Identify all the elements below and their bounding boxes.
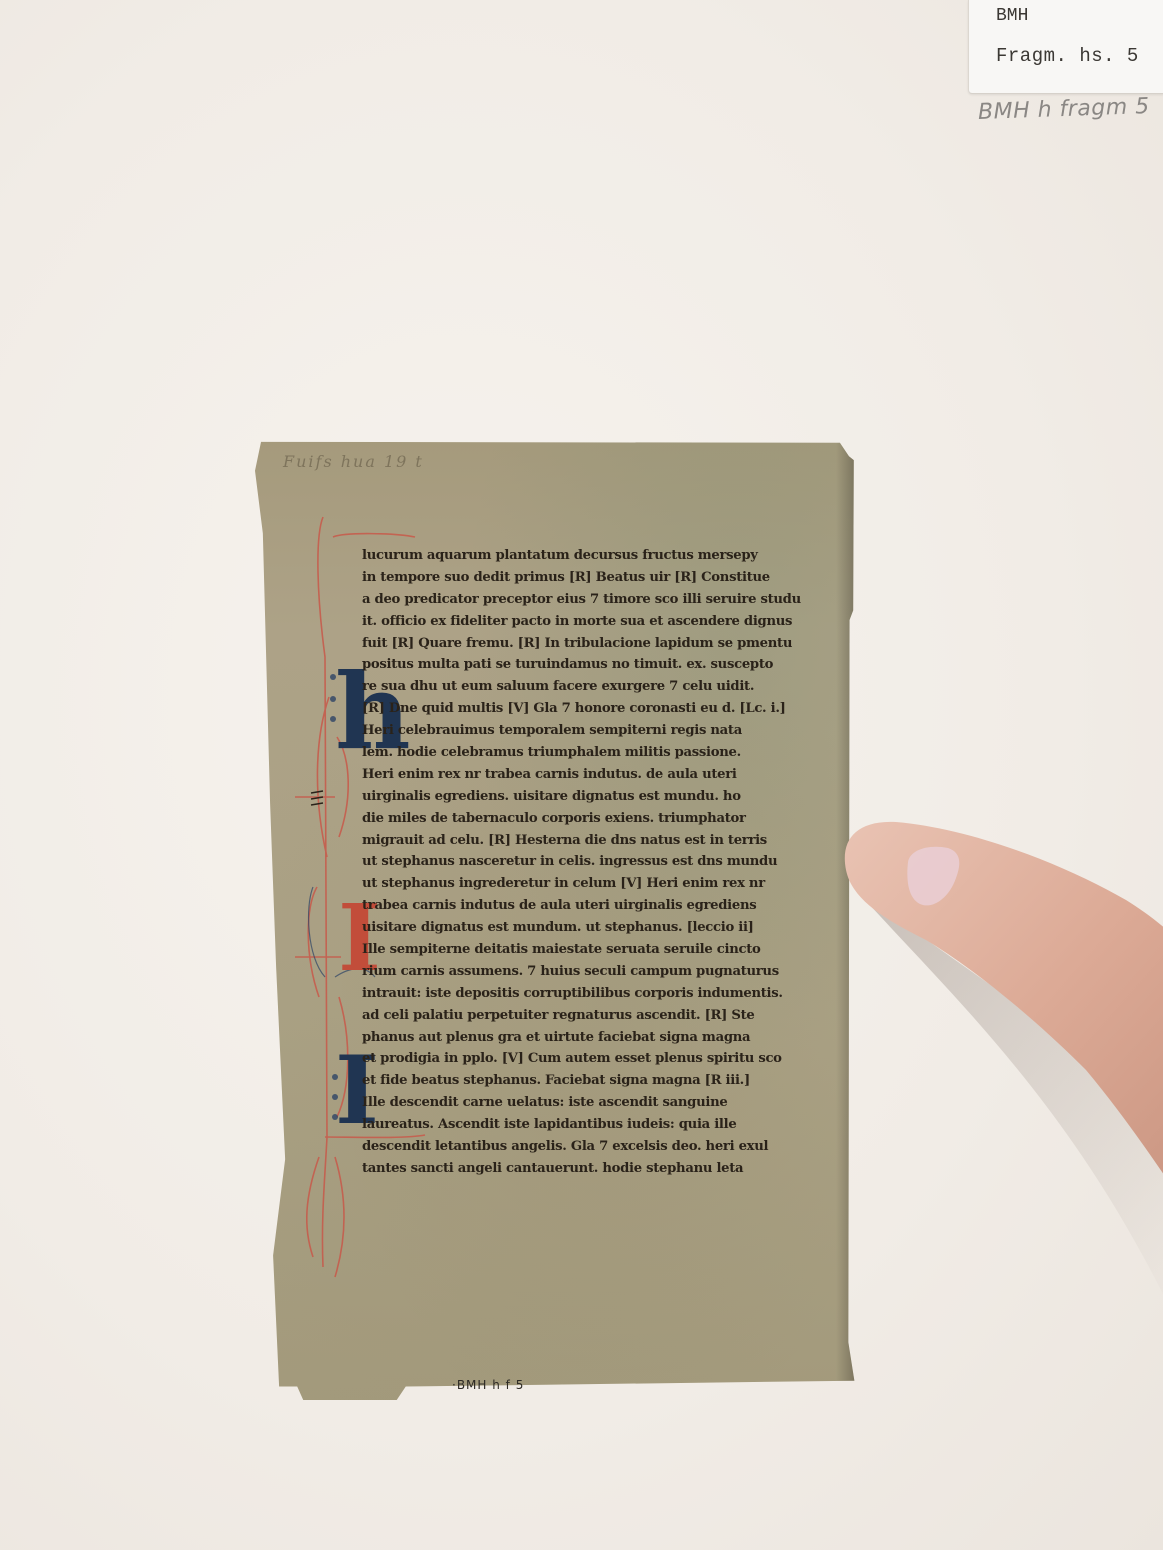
- label-shelfmark: Fragm. hs. 5: [996, 45, 1139, 67]
- text-line: laureatus. Ascendit iste lapidantibus iu…: [362, 1114, 807, 1136]
- text-line: Heri enim rex nr trabea carnis indutus. …: [362, 764, 807, 786]
- finger-holding-fragment: [836, 800, 1163, 1300]
- text-line: positus multa pati se turuindamus no tim…: [362, 654, 807, 676]
- text-line: uirginalis egrediens. uisitare dignatus …: [362, 786, 807, 808]
- text-line: rium carnis assumens. 7 huius seculi cam…: [362, 961, 807, 983]
- text-line: a deo predicator preceptor eius 7 timore…: [362, 589, 807, 611]
- text-line: re sua dhu ut eum saluum facere exurgere…: [362, 676, 807, 698]
- text-line: Ille descendit carne uelatus: iste ascen…: [362, 1092, 807, 1114]
- text-line: migrauit ad celu. [R] Hesterna die dns n…: [362, 830, 807, 852]
- text-line: et fide beatus stephanus. Faciebat signa…: [362, 1070, 807, 1092]
- text-line: tantes sancti angeli cantauerunt. hodie …: [362, 1158, 807, 1180]
- pencil-note-top: Fuifs hua 19 t: [283, 452, 424, 471]
- text-line: et prodigia in pplo. [V] Cum autem esset…: [362, 1048, 807, 1070]
- manuscript-text-column: lucurum aquarum plantatum decursus fruct…: [362, 545, 807, 1180]
- text-line: lem. hodie celebramus triumphalem militi…: [362, 742, 807, 764]
- text-line: uisitare dignatus est mundum. ut stephan…: [362, 917, 807, 939]
- text-line: ut stephanus nasceretur in celis. ingres…: [362, 851, 807, 873]
- shelfmark-bottom-ink: ·BMH h f 5: [452, 1378, 524, 1392]
- text-line: phanus aut plenus gra et uirtute facieba…: [362, 1027, 807, 1049]
- text-line: lucurum aquarum plantatum decursus fruct…: [362, 545, 807, 567]
- label-collection: BMH: [996, 6, 1028, 26]
- text-line: Ille sempiterne deitatis maiestate serua…: [362, 939, 807, 961]
- text-line: trabea carnis indutus de aula uteri uirg…: [362, 895, 807, 917]
- archival-label: BMH Fragm. hs. 5: [968, 0, 1163, 94]
- text-line: die miles de tabernaculo corporis exiens…: [362, 808, 807, 830]
- text-line: descendit letantibus angelis. Gla 7 exce…: [362, 1136, 807, 1158]
- text-line: it. officio ex fideliter pacto in morte …: [362, 611, 807, 633]
- text-line: ut stephanus ingrederetur in celum [V] H…: [362, 873, 807, 895]
- text-line: Heri celebrauimus temporalem sempiterni …: [362, 720, 807, 742]
- text-line: ad celi palatiu perpetuiter regnaturus a…: [362, 1005, 807, 1027]
- text-line: [R] Dne quid multis [V] Gla 7 honore cor…: [362, 698, 807, 720]
- text-line: fuit [R] Quare fremu. [R] In tribulacion…: [362, 633, 807, 655]
- text-line: in tempore suo dedit primus [R] Beatus u…: [362, 567, 807, 589]
- text-line: intrauit: iste depositis corruptibilibus…: [362, 983, 807, 1005]
